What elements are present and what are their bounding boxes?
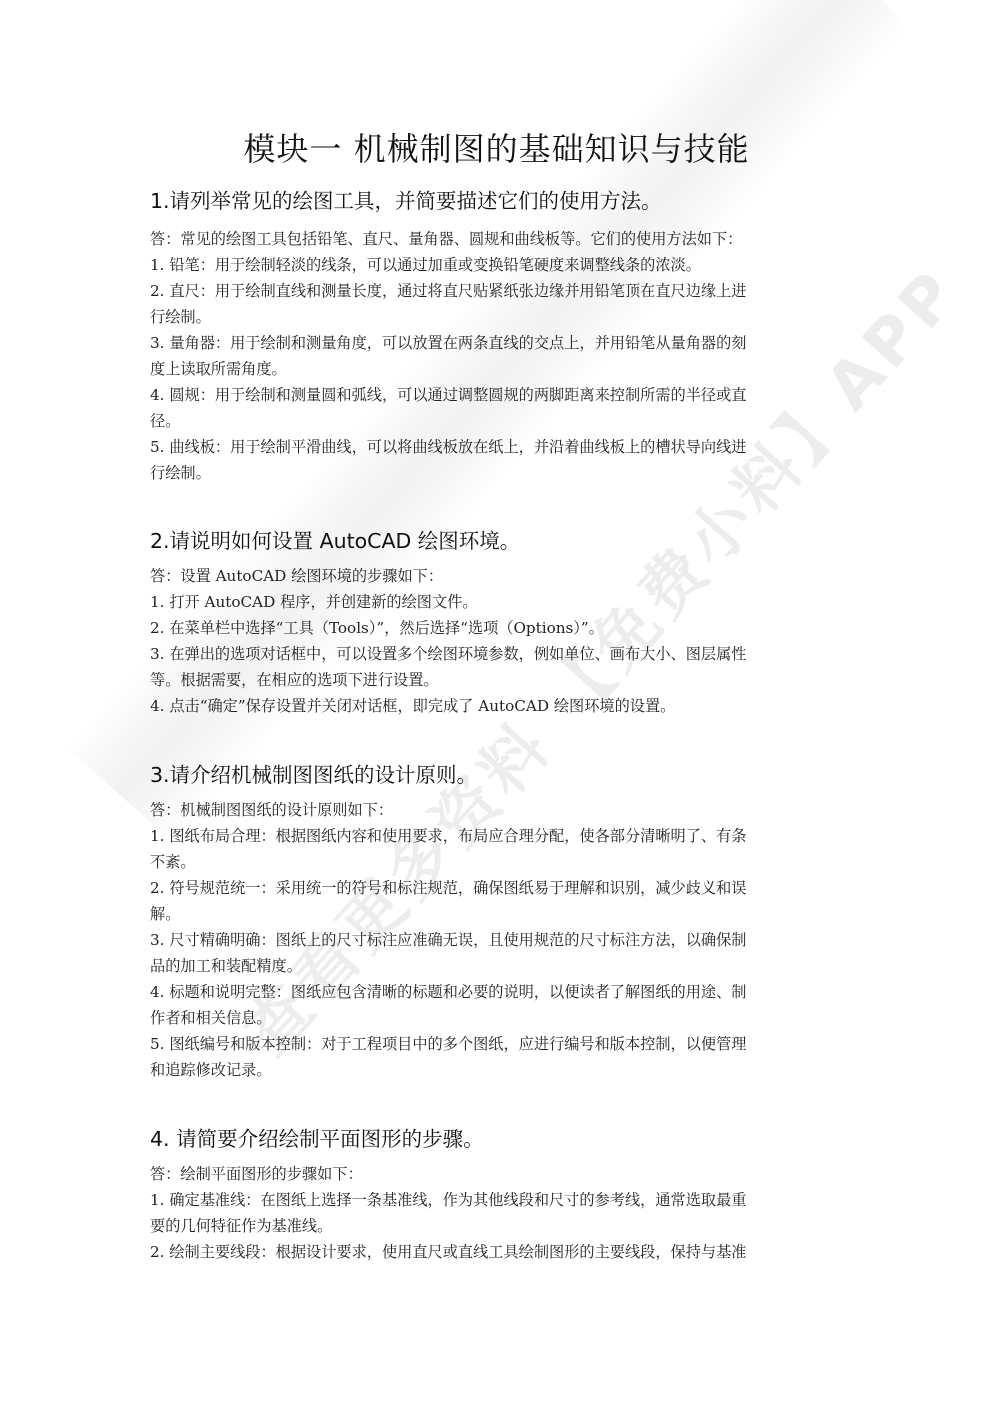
answer-line: 答：设置 AutoCAD 绘图环境的步骤如下： (150, 563, 845, 589)
section-1-heading: 1.请列举常见的绘图工具，并简要描述它们的使用方法。 (150, 184, 662, 214)
answer-line: 答：常见的绘图工具包括铅笔、直尺、量角器、圆规和曲线板等。它们的使用方法如下： (150, 226, 845, 252)
answer-line: 品的加工和装配精度。 (150, 953, 845, 979)
answer-line: 2. 绘制主要线段：根据设计要求，使用直尺或直线工具绘制图形的主要线段，保持与基… (150, 1239, 845, 1265)
answer-line: 5. 图纸编号和版本控制：对于工程项目中的多个图纸，应进行编号和版本控制，以便管… (150, 1031, 845, 1057)
answer-line: 1. 确定基准线：在图纸上选择一条基准线，作为其他线段和尺寸的参考线，通常选取最… (150, 1187, 845, 1213)
answer-line: 要的几何特征作为基准线。 (150, 1213, 845, 1239)
answer-line: 3. 尺寸精确明确：图纸上的尺寸标注应准确无误，且使用规范的尺寸标注方法，以确保… (150, 927, 845, 953)
answer-line: 3. 量角器：用于绘制和测量角度，可以放置在两条直线的交点上，并用铅笔从量角器的… (150, 330, 845, 356)
answer-line: 等。根据需要，在相应的选项下进行设置。 (150, 667, 845, 693)
section-4-heading: 4. 请简要介绍绘制平面图形的步骤。 (150, 1122, 484, 1152)
answer-line: 作者和相关信息。 (150, 1005, 845, 1031)
answer-line: 2. 直尺：用于绘制直线和测量长度，通过将直尺贴紧纸张边缘并用铅笔顶在直尺边缘上… (150, 278, 845, 304)
section-2-answer: 答：设置 AutoCAD 绘图环境的步骤如下： 1. 打开 AutoCAD 程序… (150, 563, 845, 719)
section-3-heading: 3.请介绍机械制图图纸的设计原则。 (150, 758, 477, 788)
section-1-answer: 答：常见的绘图工具包括铅笔、直尺、量角器、圆规和曲线板等。它们的使用方法如下： … (150, 226, 845, 486)
answer-line: 1. 打开 AutoCAD 程序，并创建新的绘图文件。 (150, 589, 845, 615)
answer-line: 3. 在弹出的选项对话框中，可以设置多个绘图环境参数，例如单位、画布大小、图层属… (150, 641, 845, 667)
answer-line: 度上读取所需角度。 (150, 356, 845, 382)
answer-line: 答：绘制平面图形的步骤如下： (150, 1161, 845, 1187)
page-title: 模块一 机械制图的基础知识与技能 (0, 124, 993, 170)
answer-line: 径。 (150, 408, 845, 434)
answer-line: 行绘制。 (150, 460, 845, 486)
answer-line: 1. 图纸布局合理：根据图纸内容和使用要求，布局应合理分配，使各部分清晰明了、有… (150, 823, 845, 849)
answer-line: 答：机械制图图纸的设计原则如下： (150, 797, 845, 823)
answer-line: 2. 在菜单栏中选择“工具（Tools）”，然后选择“选项（Options）”。 (150, 615, 845, 641)
answer-line: 不紊。 (150, 849, 845, 875)
answer-line: 1. 铅笔：用于绘制轻淡的线条，可以通过加重或变换铅笔硬度来调整线条的浓淡。 (150, 252, 845, 278)
section-3-answer: 答：机械制图图纸的设计原则如下： 1. 图纸布局合理：根据图纸内容和使用要求，布… (150, 797, 845, 1083)
answer-line: 2. 符号规范统一：采用统一的符号和标注规范，确保图纸易于理解和识别，减少歧义和… (150, 875, 845, 901)
answer-line: 解。 (150, 901, 845, 927)
answer-line: 4. 标题和说明完整：图纸应包含清晰的标题和必要的说明，以便读者了解图纸的用途、… (150, 979, 845, 1005)
answer-line: 和追踪修改记录。 (150, 1057, 845, 1083)
section-4-answer: 答：绘制平面图形的步骤如下： 1. 确定基准线：在图纸上选择一条基准线，作为其他… (150, 1161, 845, 1265)
answer-line: 4. 圆规：用于绘制和测量圆和弧线，可以通过调整圆规的两脚距离来控制所需的半径或… (150, 382, 845, 408)
answer-line: 5. 曲线板：用于绘制平滑曲线，可以将曲线板放在纸上，并沿着曲线板上的槽状导向线… (150, 434, 845, 460)
answer-line: 4. 点击“确定”保存设置并关闭对话框，即完成了 AutoCAD 绘图环境的设置… (150, 693, 845, 719)
answer-line: 行绘制。 (150, 304, 845, 330)
section-2-heading: 2.请说明如何设置 AutoCAD 绘图环境。 (150, 524, 520, 554)
